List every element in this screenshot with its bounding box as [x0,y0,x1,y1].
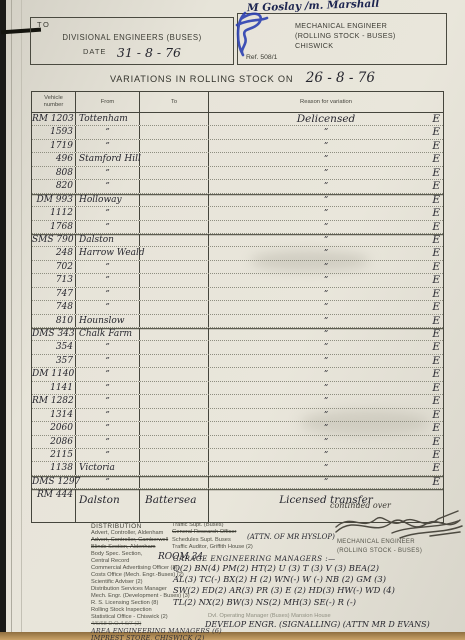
from-cell: Victoria [76,462,140,474]
from-cell: ” [76,301,140,313]
vehicle-cell: DM 993 [32,194,76,206]
date-label: DATE [83,47,106,56]
table-row: 748 ” ” E [32,301,443,314]
reason-cell: ” E [209,368,443,380]
to-cell [140,274,209,286]
to-cell [140,207,209,219]
from-cell: ” [76,274,140,286]
table-row: 354 ” ” E [32,341,443,354]
from-cell: Chalk Farm [76,328,140,340]
to-cell [140,436,209,448]
distribution-item: Statistical Office - Chiswick (2) [91,614,216,621]
table-row: 747 ” ” E [32,288,443,301]
to-cell [140,167,209,179]
to-cell [140,382,209,394]
table-row: 810 Hounslow ” E [32,315,443,328]
e-mark: E [432,221,440,234]
to-cell [140,476,209,488]
garage-code-lines: Q(2) BN(4) PM(2) HT(2) U (3) T (3) V (3)… [173,563,465,608]
from-cell: ” [76,395,140,407]
sender-office-line: CHISWICK [295,41,396,51]
scanned-form-page: TO DIVISIONAL ENGINEERS (BUSES) DATE 31 … [0,0,465,640]
vehicle-cell: 1112 [32,207,76,219]
reason-cell: ” E [209,355,443,367]
vehicle-cell: DMS 343 [32,328,76,340]
vehicle-cell: RM 444 [32,489,76,522]
vehicle-cell: 2115 [32,449,76,461]
reason-cell: ” E [209,449,443,461]
table-row: 357 ” ” E [32,355,443,368]
sender-office-line: MECHANICAL ENGINEER [295,21,396,31]
vehicle-cell: 2060 [32,422,76,434]
from-cell: ” [76,126,140,138]
vehicle-cell: 808 [32,167,76,179]
e-mark: E [432,476,440,489]
e-mark: E [432,126,440,139]
from-cell: Holloway [76,194,140,206]
to-cell [140,355,209,367]
e-mark: E [432,462,440,475]
scan-left-edge [0,0,6,640]
table-row: 2086 ” ” E [32,436,443,449]
sender-office-line: (ROLLING STOCK - BUSES) [295,31,396,41]
table-row: 1768 ” ” E [32,221,443,234]
to-cell [140,113,209,125]
from-cell: ” [76,221,140,233]
distribution-item: IMPREST STORE, CHISWICK (2) [91,635,216,640]
to-cell [140,368,209,380]
from-cell: ” [76,382,140,394]
table-row: 820 ” ” E [32,180,443,193]
table-body: RM 1203 Tottenham Delicensed E 1593 ” ” … [32,113,443,522]
reason-cell: ” E [209,274,443,286]
to-cell [140,341,209,353]
vehicle-cell: 747 [32,288,76,300]
garage-heading: GARAGE ENGINEERING MANAGERS :— [173,555,336,563]
from-cell: Dalston [76,489,140,522]
to-cell [140,247,209,259]
e-mark: E [432,274,440,287]
table-row: 2060 ” ” E [32,422,443,435]
table-row: 1138 Victoria ” E [32,462,443,475]
date-line: DATE 31 - 8 - 76 [31,44,233,62]
table-row: 702 ” ” E [32,261,443,274]
paper-fold-line [11,0,12,640]
reason-cell: ” E [209,288,443,300]
vehicle-cell: 248 [32,247,76,259]
from-cell: ” [76,449,140,461]
scan-bottom-edge [0,632,465,640]
from-cell: ” [76,422,140,434]
to-cell [140,261,209,273]
signatory-office-line: (ROLLING STOCK - BUSES) [337,547,422,556]
vehicle-cell: 1141 [32,382,76,394]
develop-engineer-note: DEVELOP ENGR. (SIGNALLING) (ATTN MR D EV… [205,620,430,629]
reason-cell: ” E [209,261,443,273]
recipient-name: DIVISIONAL ENGINEERS (BUSES) [31,33,233,42]
reason-cell: ” E [209,409,443,421]
operating-manager-line: Dvl. Operating Manager (Buses) Mansion H… [208,613,331,619]
from-cell: ” [76,180,140,192]
handwritten-date: 31 - 8 - 76 [117,45,181,60]
paper-fold-line [21,0,22,640]
signatory-office-line: MECHANICAL ENGINEER [337,538,422,547]
hyslop-note: (ATTN. OF MR HYSLOP) [247,533,335,541]
reason-cell: ” E [209,462,443,474]
to-cell [140,462,209,474]
column-header-vehicle: Vehicle number [32,92,76,112]
table-row: 1112 ” ” E [32,207,443,220]
reason-cell: ” E [209,301,443,313]
reason-cell: ” E [209,422,443,434]
from-cell: Harrow Weald [76,247,140,259]
e-mark: E [432,167,440,180]
e-mark: E [432,261,440,274]
vehicle-cell: 354 [32,341,76,353]
vehicle-cell: 1593 [32,126,76,138]
vehicle-cell: 1719 [32,140,76,152]
e-mark: E [432,288,440,301]
reason-cell: ” E [209,234,443,246]
from-cell: ” [76,341,140,353]
vehicle-cell: 496 [32,153,76,165]
to-cell [140,126,209,138]
from-cell: ” [76,261,140,273]
garage-code-line: TL(2) NX(2) BW(3) NS(2) MH(3) SE(-) R (-… [173,597,465,608]
from-cell: ” [76,409,140,421]
vehicle-cell: 1138 [32,462,76,474]
table-row: 1314 ” ” E [32,409,443,422]
to-cell: Battersea [140,489,209,522]
e-mark: E [432,449,440,462]
e-mark: E [432,409,440,422]
vehicle-cell: 820 [32,180,76,192]
table-row: RM 1282 ” ” E [32,395,443,408]
title-printed: VARIATIONS IN ROLLING STOCK ON [110,74,293,84]
from-cell: ” [76,476,140,488]
e-mark: E [432,382,440,395]
to-cell [140,234,209,246]
page-title: VARIATIONS IN ROLLING STOCK ON 26 - 8 - … [110,69,375,87]
reason-cell: ” E [209,341,443,353]
e-mark: E [432,180,440,193]
table-row: DMS 1297 ” ” E [32,476,443,489]
reason-cell: Delicensed E [209,113,443,125]
to-cell [140,140,209,152]
vehicle-cell: 748 [32,301,76,313]
from-cell: ” [76,167,140,179]
reason-cell: ” E [209,140,443,152]
e-mark: E [432,301,440,314]
vehicle-cell: SMS 790 [32,234,76,246]
vehicle-cell: 810 [32,315,76,327]
reason-cell: ” E [209,194,443,206]
vehicle-cell: 702 [32,261,76,273]
e-mark: E [432,395,440,408]
vehicle-cell: 1314 [32,409,76,421]
table-row: SMS 790 Dalston ” E [32,234,443,247]
from-cell: ” [76,355,140,367]
column-header-from: From [76,92,140,112]
to-cell [140,449,209,461]
traffic-item: Traffic Auditor, Griffith House (2) [172,544,307,551]
vehicle-cell: RM 1282 [32,395,76,407]
reason-cell: ” E [209,126,443,138]
to-cell [140,422,209,434]
reason-cell: ” E [209,315,443,327]
table-row: 1141 ” ” E [32,382,443,395]
reason-cell: ” E [209,247,443,259]
sender-office: MECHANICAL ENGINEER (ROLLING STOCK - BUS… [295,21,396,51]
garage-code-line: AL(3) TC(-) BX(2) H (2) WN(-) W (-) NB (… [173,574,465,585]
to-cell [140,301,209,313]
from-cell: ” [76,368,140,380]
to-cell [140,180,209,192]
reason-cell: ” E [209,476,443,488]
vehicle-cell: 2086 [32,436,76,448]
column-header-reason: Reason for variation [209,92,443,112]
table-row: RM 1203 Tottenham Delicensed E [32,113,443,126]
to-cell [140,315,209,327]
table-row: 808 ” ” E [32,167,443,180]
e-mark: E [432,194,440,207]
from-cell: Hounslow [76,315,140,327]
variations-table: Vehicle number From To Reason for variat… [31,91,444,523]
to-cell [140,395,209,407]
vehicle-cell: 713 [32,274,76,286]
e-mark: E [432,247,440,260]
garage-code-line: Q(2) BN(4) PM(2) HT(2) U (3) T (3) V (3)… [173,563,465,574]
to-cell [140,409,209,421]
vehicle-cell: 1768 [32,221,76,233]
table-row: DMS 343 Chalk Farm ” E [32,328,443,341]
from-cell: ” [76,140,140,152]
e-mark: E [432,341,440,354]
from-cell: Stamford Hill [76,153,140,165]
table-row: 2115 ” ” E [32,449,443,462]
traffic-item: Traffic Supt. (Buses) [172,522,307,529]
reason-cell: ” E [209,328,443,340]
reason-cell: ” E [209,436,443,448]
table-row: 496 Stamford Hill ” E [32,153,443,166]
e-mark: E [432,140,440,153]
table-row: 1719 ” ” E [32,140,443,153]
reason-cell: ” E [209,395,443,407]
to-cell [140,153,209,165]
vehicle-cell: DM 1140 [32,368,76,380]
reason-cell: ” E [209,167,443,179]
reason-cell: ” E [209,153,443,165]
from-cell: ” [76,436,140,448]
to-label: TO [37,20,50,29]
e-mark: E [432,234,440,247]
to-address-box: TO DIVISIONAL ENGINEERS (BUSES) DATE 31 … [30,17,234,65]
vehicle-cell: DMS 1297 [32,476,76,488]
e-mark: E [432,368,440,381]
garage-code-line: SW(2) ED(2) AR(3) PR (3) E (2) HD(3) HW(… [173,585,465,596]
vehicle-cell: RM 1203 [32,113,76,125]
table-row: DM 993 Holloway ” E [32,194,443,207]
e-mark: E [432,355,440,368]
to-cell [140,328,209,340]
from-cell: Tottenham [76,113,140,125]
table-row: DM 1140 ” ” E [32,368,443,381]
to-cell [140,221,209,233]
e-mark: E [432,328,440,341]
from-cell: Dalston [76,234,140,246]
reason-cell: ” E [209,180,443,192]
e-mark: E [432,113,440,126]
e-mark: E [432,153,440,166]
e-mark: E [432,315,440,328]
e-mark: E [432,207,440,220]
vehicle-cell: 357 [32,355,76,367]
to-cell [140,194,209,206]
to-cell [140,288,209,300]
reason-cell: ” E [209,221,443,233]
column-header-to: To [140,92,209,112]
from-cell: ” [76,288,140,300]
ink-signature-icon [231,5,287,66]
e-mark: E [432,436,440,449]
reason-cell: ” E [209,382,443,394]
e-mark: E [432,422,440,435]
table-row: 713 ” ” E [32,274,443,287]
from-cell: ” [76,207,140,219]
distribution-item: Rolling Stock Inspection [91,607,216,614]
signatory-office: MECHANICAL ENGINEER (ROLLING STOCK - BUS… [337,538,422,556]
table-header: Vehicle number From To Reason for variat… [32,92,443,113]
table-row: 248 Harrow Weald ” E [32,247,443,260]
title-handwritten-date: 26 - 8 - 76 [306,70,375,86]
table-row: 1593 ” ” E [32,126,443,139]
reason-cell: ” E [209,207,443,219]
